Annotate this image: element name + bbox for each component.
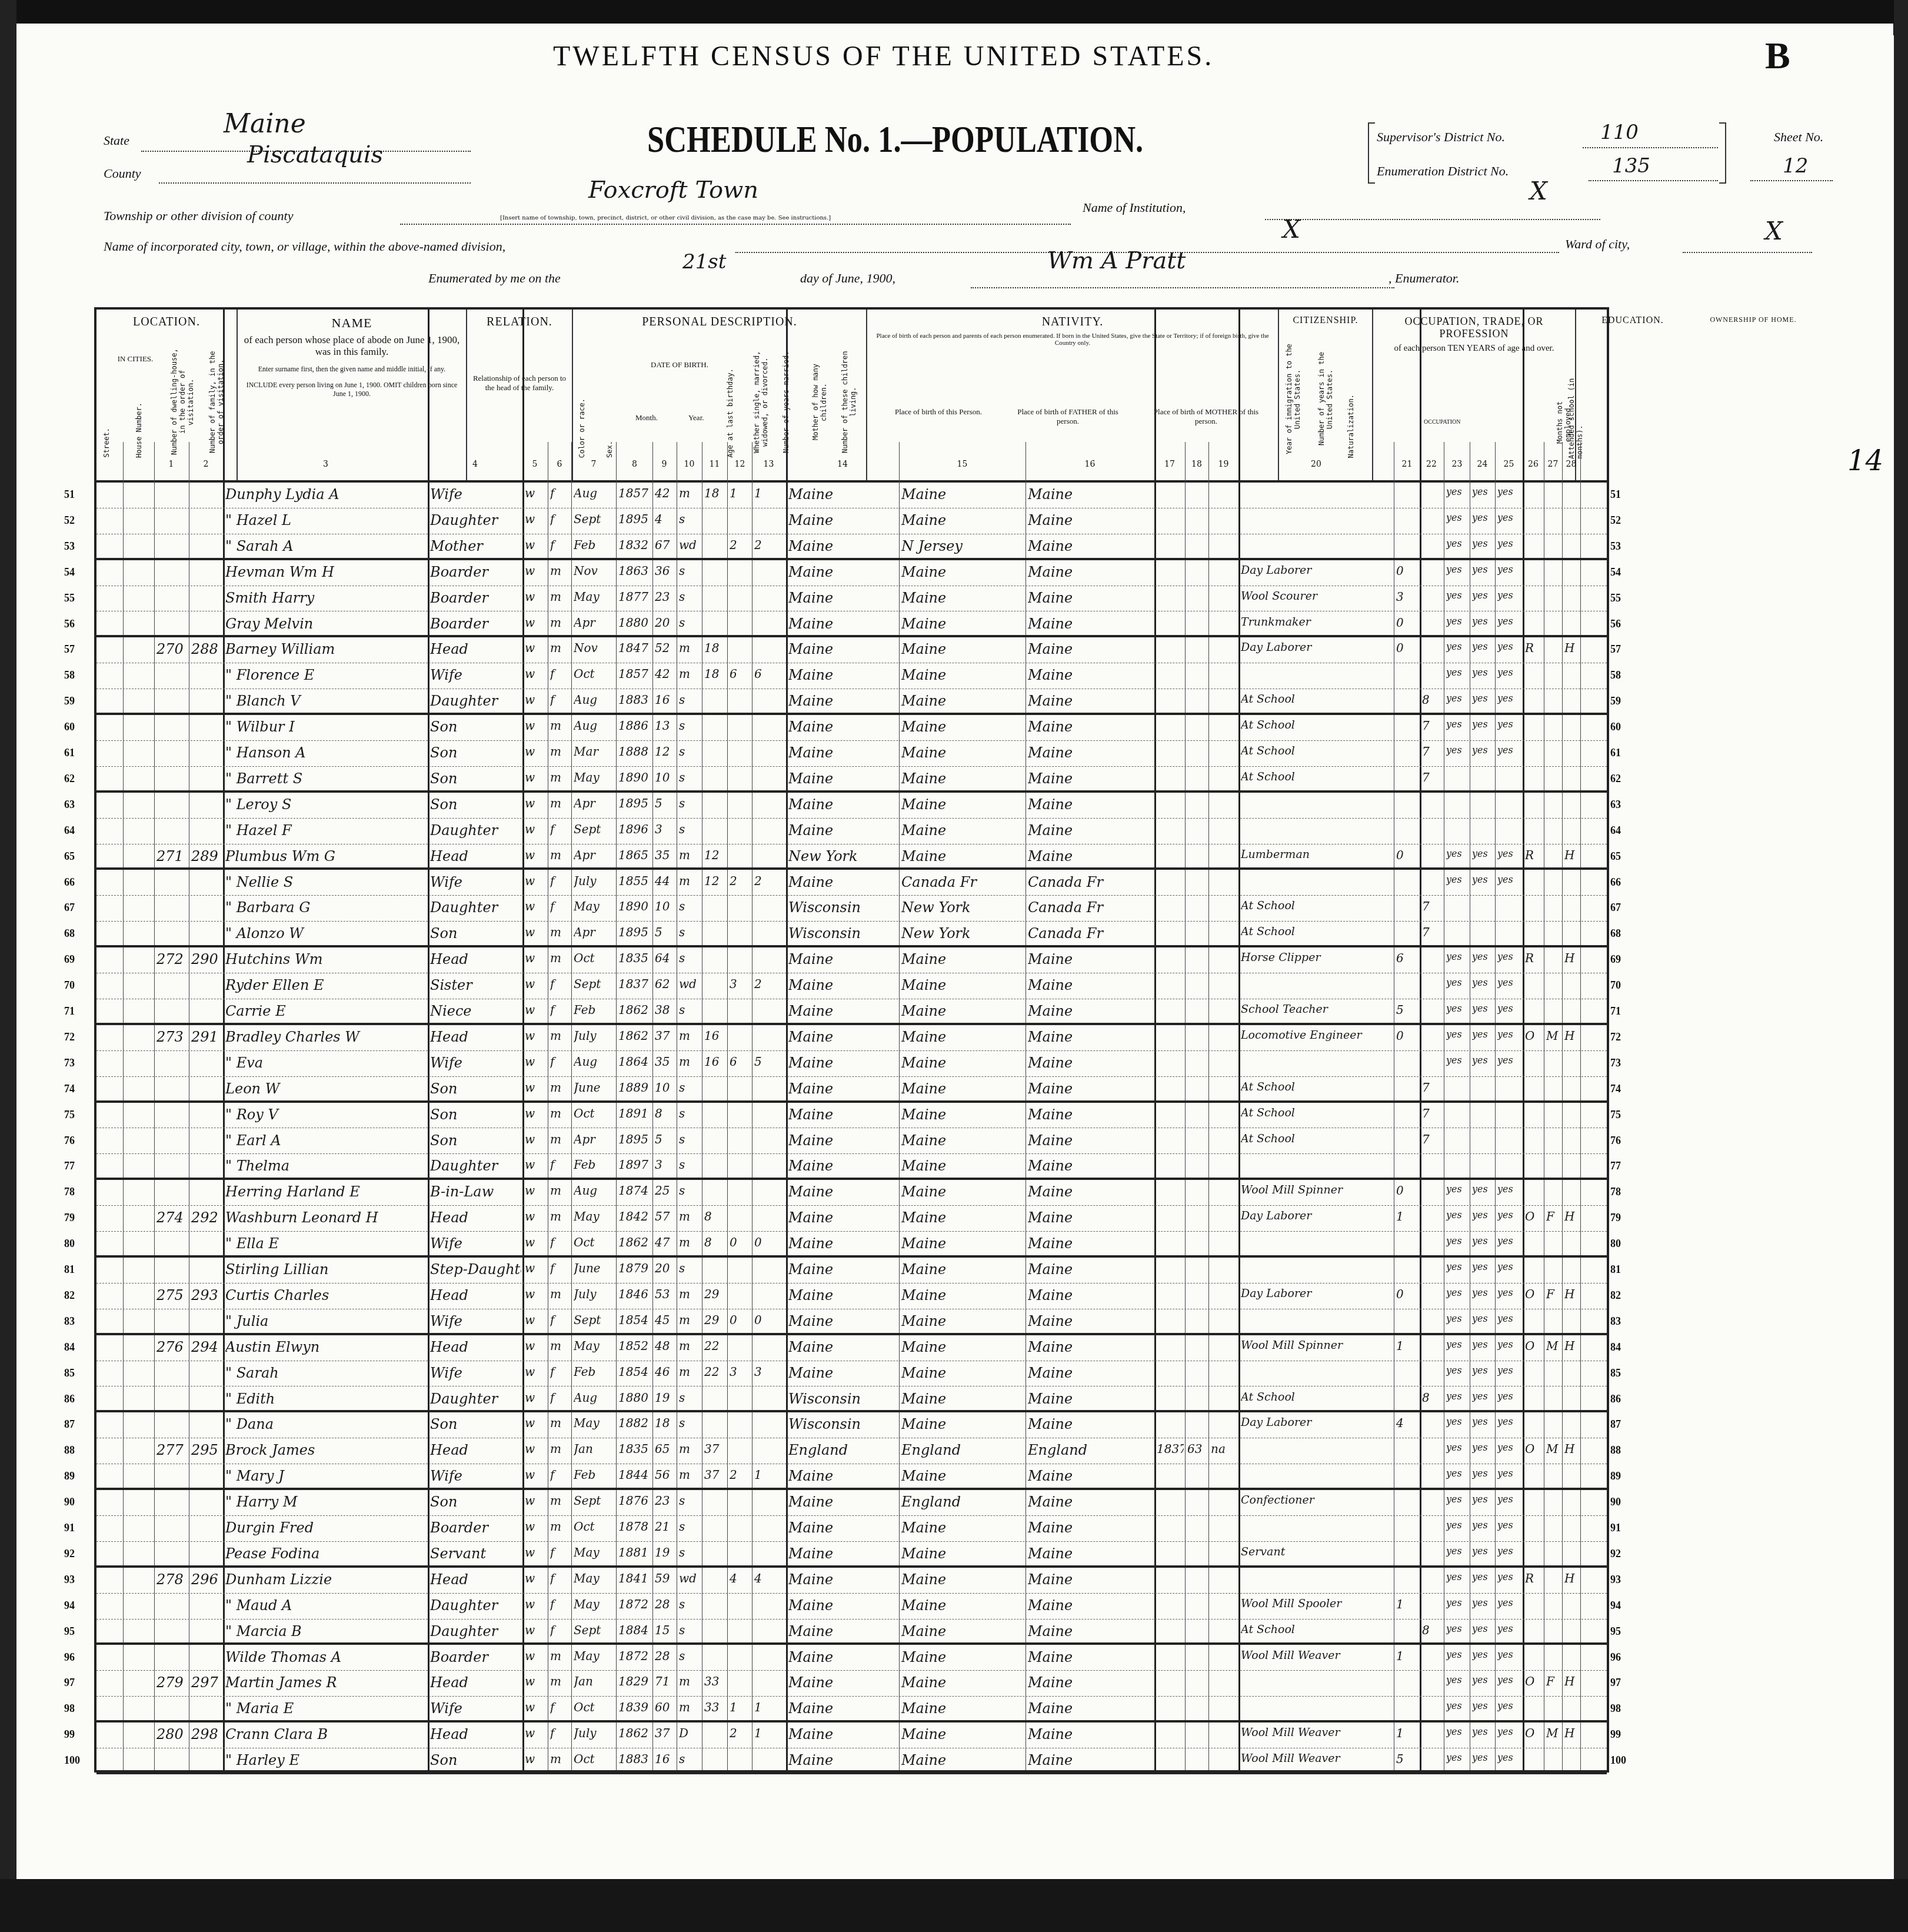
cell-age: 37 — [655, 1726, 675, 1740]
header-month: Month. — [632, 410, 661, 426]
line-number-left: 89 — [64, 1470, 75, 1482]
cell-living: 0 — [754, 1313, 784, 1327]
cell-color: w — [525, 512, 546, 526]
cell-sex: f — [550, 874, 570, 888]
cell-living: 0 — [754, 1235, 784, 1249]
cell-relation: Head — [430, 1442, 521, 1458]
line-number-right: 66 — [1610, 876, 1621, 889]
enumerator-underline — [971, 287, 1394, 288]
cell-month: Sept — [574, 1494, 615, 1508]
line-number-left: 74 — [64, 1083, 75, 1095]
cell-bp: Wisconsin — [788, 1391, 898, 1407]
column-number: 2 — [189, 460, 223, 469]
cell-read: yes — [1446, 693, 1469, 704]
cell-bf: Maine — [901, 848, 1024, 864]
cell-occ: At School — [1241, 744, 1393, 757]
cell-age: 13 — [655, 719, 675, 733]
cell-name: Hevman Wm H — [225, 564, 427, 580]
cell-month: Apr — [574, 1132, 615, 1146]
column-number: 25 — [1495, 460, 1523, 469]
cell-read: yes — [1446, 1055, 1469, 1066]
cell-marital: m — [679, 1235, 701, 1249]
cell-bf: New York — [901, 899, 1024, 916]
cell-color: w — [525, 1261, 546, 1275]
table-row: 277295Brock JamesHeadwmJan183565m37Engla… — [96, 1438, 1607, 1464]
cell-write: yes — [1472, 1623, 1494, 1634]
cell-age: 28 — [655, 1597, 675, 1611]
line-number-right: 84 — [1610, 1341, 1621, 1354]
ward-value: X — [1765, 217, 1783, 245]
cell-mother: 6 — [730, 1055, 751, 1069]
header-relation-desc: Relationship of each person to the head … — [467, 370, 572, 396]
cell-living: 1 — [754, 1468, 784, 1482]
cell-read: yes — [1446, 1571, 1469, 1582]
cell-bf: Maine — [901, 1106, 1024, 1123]
cell-age: 10 — [655, 770, 675, 784]
cell-marital: s — [679, 1080, 701, 1095]
line-number-right: 53 — [1610, 540, 1621, 553]
cell-speak: yes — [1497, 1416, 1521, 1427]
cell-relation: Wife — [430, 1700, 521, 1717]
cell-speak: yes — [1497, 641, 1521, 652]
cell-age: 65 — [655, 1442, 675, 1456]
cell-bp: Wisconsin — [788, 1416, 898, 1432]
cell-color: w — [525, 1106, 546, 1120]
line-number-right: 96 — [1610, 1651, 1621, 1664]
header-name-title: NAME — [238, 310, 466, 331]
line-number-left: 98 — [64, 1702, 75, 1715]
cell-living: 6 — [754, 667, 784, 681]
cell-bf: Maine — [901, 590, 1024, 606]
cell-sch: 7 — [1422, 1106, 1442, 1120]
cell-bp: Maine — [788, 1597, 898, 1614]
line-number-left: 81 — [64, 1263, 75, 1276]
cell-dwelling: 273 — [156, 1029, 187, 1045]
cell-age: 60 — [655, 1700, 675, 1714]
cell-ym: 8 — [704, 1209, 726, 1223]
cell-marital: m — [679, 1029, 701, 1043]
cell-living: 1 — [754, 486, 784, 500]
line-number-right: 93 — [1610, 1574, 1621, 1586]
cell-year: 1844 — [618, 1468, 652, 1482]
cell-bm: Maine — [1028, 1623, 1153, 1640]
cell-sex: m — [550, 1494, 570, 1508]
cell-relation: Son — [430, 744, 521, 761]
cell-month: Feb — [574, 1468, 615, 1482]
cell-write: yes — [1472, 1752, 1494, 1763]
cell-name: " Thelma — [225, 1158, 427, 1174]
cell-write: yes — [1472, 693, 1494, 704]
cell-year: 1874 — [618, 1183, 652, 1198]
cell-marital: s — [679, 1391, 701, 1405]
line-number-right: 60 — [1610, 721, 1621, 733]
cell-mu: 5 — [1396, 1003, 1419, 1017]
cell-color: w — [525, 1752, 546, 1766]
header-personal-description: PERSONAL DESCRIPTION. Color or race. Sex… — [573, 310, 867, 480]
cell-color: w — [525, 1080, 546, 1095]
cell-age: 19 — [655, 1391, 675, 1405]
cell-marital: s — [679, 1494, 701, 1508]
cell-sex: f — [550, 1545, 570, 1559]
header-street: Street. — [102, 428, 111, 458]
county-label: County — [104, 166, 141, 181]
cell-speak: yes — [1497, 1545, 1521, 1557]
line-number-left: 90 — [64, 1496, 75, 1508]
cell-bf: Maine — [901, 1183, 1024, 1200]
cell-family: 296 — [191, 1571, 222, 1588]
cell-age: 20 — [655, 1261, 675, 1275]
cell-bm: Maine — [1028, 1235, 1153, 1252]
line-number-right: 71 — [1610, 1005, 1621, 1017]
cell-name: Barney William — [225, 641, 427, 657]
cell-year: 1886 — [618, 719, 652, 733]
cell-bp: Maine — [788, 1519, 898, 1536]
column-number: 15 — [899, 460, 1025, 469]
cell-dwelling: 274 — [156, 1209, 187, 1226]
cell-ym: 18 — [704, 641, 726, 655]
line-number-right: 100 — [1610, 1754, 1626, 1767]
cell-marital: s — [679, 1597, 701, 1611]
cell-marital: wd — [679, 977, 701, 991]
cell-read: yes — [1446, 1442, 1469, 1453]
cell-age: 3 — [655, 1158, 675, 1172]
cell-mu: 0 — [1396, 848, 1419, 862]
column-number: 4 — [428, 460, 522, 469]
cell-bm: Canada Fr — [1028, 899, 1153, 916]
cell-speak: yes — [1497, 1494, 1521, 1505]
line-number-left: 97 — [64, 1677, 75, 1689]
cell-occ: Day Laborer — [1241, 1416, 1393, 1429]
cell-age: 5 — [655, 1132, 675, 1146]
column-number: 16 — [1025, 460, 1154, 469]
cell-mother: 1 — [730, 486, 751, 500]
cell-living: 5 — [754, 1055, 784, 1069]
cell-relation: Daughter — [430, 899, 521, 916]
cell-bm: Canada Fr — [1028, 925, 1153, 942]
line-number-left: 61 — [64, 747, 75, 759]
cell-read: yes — [1446, 1700, 1469, 1711]
cell-dwelling: 271 — [156, 848, 187, 864]
table-row: 271289Plumbus Wm GHeadwmApr186535m12New … — [96, 844, 1607, 870]
cell-bm: Maine — [1028, 538, 1153, 554]
cell-color: w — [525, 538, 546, 552]
cell-dwelling: 272 — [156, 951, 187, 967]
cell-name: " Leroy S — [225, 796, 427, 813]
cell-write: yes — [1472, 667, 1494, 678]
cell-color: w — [525, 874, 546, 888]
cell-sex: m — [550, 951, 570, 965]
cell-write: yes — [1472, 874, 1494, 885]
cell-occ: Wool Scourer — [1241, 590, 1393, 603]
cell-name: " Hazel L — [225, 512, 427, 528]
cell-year: 1879 — [618, 1261, 652, 1275]
cell-speak: yes — [1497, 1571, 1521, 1582]
table-row: " Hazel LDaughterwfSept18954sMaineMaineM… — [96, 508, 1607, 534]
cell-month: May — [574, 1571, 615, 1585]
cell-marital: s — [679, 1649, 701, 1663]
cell-marital: s — [679, 1158, 701, 1172]
line-number-right: 76 — [1610, 1135, 1621, 1147]
cell-name: " Hazel F — [225, 822, 427, 839]
cell-bp: Maine — [788, 744, 898, 761]
supervisor-label: Supervisor's District No. — [1377, 129, 1505, 145]
cell-bp: Maine — [788, 1752, 898, 1768]
cell-year: 1852 — [618, 1339, 652, 1353]
form-number: 7-224 — [944, 5, 978, 17]
line-number-right: 88 — [1610, 1444, 1621, 1457]
cell-bm: Maine — [1028, 1080, 1153, 1097]
cell-sex: f — [550, 1261, 570, 1275]
cell-age: 44 — [655, 874, 675, 888]
cell-bp: Maine — [788, 1571, 898, 1588]
cell-marital: m — [679, 641, 701, 655]
line-number-left: 100 — [64, 1754, 80, 1767]
cell-relation: B-in-Law — [430, 1183, 521, 1200]
table-row: 278296Dunham LizzieHeadwfMay184159wd44Ma… — [96, 1568, 1607, 1594]
cell-bm: England — [1028, 1442, 1153, 1458]
cell-bp: Maine — [788, 822, 898, 839]
cell-name: Stirling Lillian — [225, 1261, 427, 1278]
cell-age: 10 — [655, 899, 675, 913]
cell-month: Apr — [574, 796, 615, 810]
population-table: LOCATION. IN CITIES. Street. House Numbe… — [94, 307, 1609, 1773]
cell-color: w — [525, 1235, 546, 1249]
cell-own: R — [1525, 1571, 1543, 1585]
header-nativity-desc: Place of birth of each person and parent… — [867, 329, 1278, 350]
cell-own: O — [1525, 1726, 1543, 1740]
cell-marital: s — [679, 1106, 701, 1120]
cell-write: yes — [1472, 1391, 1494, 1402]
cell-name: Gray Melvin — [225, 616, 427, 632]
header-house-number: House Number. — [135, 403, 143, 458]
cell-sch: 7 — [1422, 770, 1442, 784]
header-marital: Whether single, married, widowed, or div… — [752, 346, 769, 458]
cell-occ: At School — [1241, 925, 1393, 938]
cell-relation: Boarder — [430, 564, 521, 580]
header-birth-father: Place of birth of FATHER of this person. — [1008, 404, 1127, 430]
header-years-us: Number of years in the United States. — [1317, 340, 1334, 458]
cell-age: 16 — [655, 1752, 675, 1766]
cell-occ: Locomotive Engineer — [1241, 1029, 1393, 1042]
township-note: [Insert name of township, town, precinct… — [500, 215, 831, 221]
cell-write: yes — [1472, 1726, 1494, 1737]
cell-bf: Maine — [901, 1597, 1024, 1614]
cell-living: 3 — [754, 1365, 784, 1379]
cell-read: yes — [1446, 1597, 1469, 1608]
cell-marital: s — [679, 1519, 701, 1534]
cell-read: yes — [1446, 1519, 1469, 1531]
cell-year: 1883 — [618, 1752, 652, 1766]
cell-color: w — [525, 951, 546, 965]
cell-year: 1857 — [618, 667, 652, 681]
table-row: " EdithDaughterwfAug188019sWisconsinMain… — [96, 1387, 1607, 1413]
table-row: " Barrett SSonwmMay189010sMaineMaineMain… — [96, 767, 1607, 793]
cell-bp: Maine — [788, 1029, 898, 1045]
cell-bp: Maine — [788, 719, 898, 735]
cell-age: 23 — [655, 590, 675, 604]
line-number-left: 83 — [64, 1315, 75, 1328]
cell-ym: 29 — [704, 1313, 726, 1327]
cell-relation: Daughter — [430, 1158, 521, 1174]
cell-ym: 33 — [704, 1700, 726, 1714]
cell-name: " Marcia B — [225, 1623, 427, 1640]
column-number: 9 — [652, 460, 676, 469]
cell-year: 1835 — [618, 1442, 652, 1456]
cell-bf: Maine — [901, 951, 1024, 967]
institution-underline — [1265, 219, 1600, 220]
cell-sex: f — [550, 822, 570, 836]
cell-sex: f — [550, 1391, 570, 1405]
cell-bm: Maine — [1028, 1726, 1153, 1743]
header-ownership-title: OWNERSHIP OF HOME. — [1694, 310, 1812, 324]
cell-sex: f — [550, 486, 570, 500]
cell-month: Oct — [574, 1235, 615, 1249]
cell-bm: Maine — [1028, 1494, 1153, 1510]
cell-occ: Wool Mill Spooler — [1241, 1597, 1393, 1610]
cell-occ: Horse Clipper — [1241, 951, 1393, 964]
cell-write: yes — [1472, 1442, 1494, 1453]
cell-mu: 1 — [1396, 1597, 1419, 1611]
header-ownership: OWNERSHIP OF HOME. — [1694, 310, 1812, 480]
cell-bp: Maine — [788, 1235, 898, 1252]
cell-bm: Maine — [1028, 1132, 1153, 1149]
table-row: Leon WSonwmJune188910sMaineMaineMaineAt … — [96, 1077, 1607, 1103]
cell-sex: m — [550, 1752, 570, 1766]
cell-marital: s — [679, 616, 701, 630]
cell-bp: Maine — [788, 1158, 898, 1174]
cell-bf: Maine — [901, 1545, 1024, 1562]
cell-month: Oct — [574, 1106, 615, 1120]
cell-name: " Earl A — [225, 1132, 427, 1149]
cell-occ: At School — [1241, 899, 1393, 912]
cell-month: Oct — [574, 667, 615, 681]
header-occupation: OCCUPATION, TRADE, OR PROFESSION of each… — [1373, 310, 1576, 480]
cell-read: yes — [1446, 667, 1469, 678]
table-row: Stirling LillianStep-DaughterwfJune18792… — [96, 1258, 1607, 1283]
cell-name: " Maria E — [225, 1700, 427, 1717]
cell-relation: Daughter — [430, 1623, 521, 1640]
cell-color: w — [525, 1442, 546, 1456]
line-number-right: 64 — [1610, 824, 1621, 837]
cell-month: Oct — [574, 1519, 615, 1534]
cell-read: yes — [1446, 538, 1469, 549]
cell-age: 42 — [655, 667, 675, 681]
line-number-right: 65 — [1610, 850, 1621, 863]
city-value: X — [1283, 215, 1300, 244]
cell-ym: 16 — [704, 1055, 726, 1069]
cell-bm: Maine — [1028, 1571, 1153, 1588]
cell-name: Plumbus Wm G — [225, 848, 427, 864]
cell-age: 23 — [655, 1494, 675, 1508]
line-number-left: 71 — [64, 1005, 75, 1017]
cell-bp: Maine — [788, 1649, 898, 1665]
table-row: Gray MelvinBoarderwmApr188020sMaineMaine… — [96, 612, 1607, 638]
cell-ym: 33 — [704, 1674, 726, 1688]
cell-relation: Wife — [430, 1313, 521, 1329]
header-children-living: Number of these children living. — [841, 346, 857, 458]
cell-month: Feb — [574, 538, 615, 552]
cell-color: w — [525, 1649, 546, 1663]
cell-name: " Sarah — [225, 1365, 427, 1381]
cell-write: yes — [1472, 1494, 1494, 1505]
cell-read: yes — [1446, 719, 1469, 730]
cell-year: 1888 — [618, 744, 652, 759]
cell-relation: Head — [430, 1029, 521, 1045]
county-underline — [159, 182, 471, 184]
cell-age: 53 — [655, 1287, 675, 1301]
cell-sex: m — [550, 848, 570, 862]
line-number-right: 78 — [1610, 1186, 1621, 1198]
cell-sch: 7 — [1422, 899, 1442, 913]
cell-bp: Maine — [788, 1726, 898, 1743]
table-row: " Earl ASonwmApr18955sMaineMaineMaineAt … — [96, 1129, 1607, 1155]
cell-color: w — [525, 590, 546, 604]
cell-bp: Maine — [788, 1106, 898, 1123]
cell-bf: Maine — [901, 1674, 1024, 1691]
cell-color: w — [525, 486, 546, 500]
cell-relation: Step-Daughter — [430, 1261, 521, 1278]
table-row: 279297Martin James RHeadwmJan182971m33Ma… — [96, 1671, 1607, 1697]
scan-border-right — [1894, 0, 1908, 1932]
cell-read: yes — [1446, 512, 1469, 523]
cell-name: " Barbara G — [225, 899, 427, 916]
cell-occ: At School — [1241, 1623, 1393, 1636]
cell-living: 2 — [754, 874, 784, 888]
cell-dwelling: 276 — [156, 1339, 187, 1355]
cell-color: w — [525, 641, 546, 655]
cell-fm: M — [1546, 1442, 1561, 1456]
cell-speak: yes — [1497, 538, 1521, 549]
cell-year: 1881 — [618, 1545, 652, 1559]
cell-mu: 5 — [1396, 1752, 1419, 1766]
cell-marital: s — [679, 951, 701, 965]
cell-bf: Maine — [901, 1235, 1024, 1252]
line-number-right: 80 — [1610, 1238, 1621, 1250]
cell-write: yes — [1472, 1571, 1494, 1582]
cell-read: yes — [1446, 1183, 1469, 1195]
cell-name: Curtis Charles — [225, 1287, 427, 1303]
line-number-right: 70 — [1610, 979, 1621, 992]
table-row: " Nellie SWifewfJuly185544m1222MaineCana… — [96, 870, 1607, 896]
line-number-right: 89 — [1610, 1470, 1621, 1482]
cell-own: O — [1525, 1209, 1543, 1223]
cell-sex: f — [550, 1055, 570, 1069]
cell-color: w — [525, 1519, 546, 1534]
cell-color: w — [525, 667, 546, 681]
cell-bm: Maine — [1028, 1416, 1153, 1432]
table-row: Smith HarryBoarderwmMay187723sMaineMaine… — [96, 586, 1607, 612]
cell-year: 1895 — [618, 512, 652, 526]
cell-year: 1837 — [618, 977, 652, 991]
line-number-right: 97 — [1610, 1677, 1621, 1689]
cell-fm: F — [1546, 1674, 1561, 1688]
cell-month: May — [574, 770, 615, 784]
cell-fh: H — [1564, 1674, 1579, 1688]
table-row: 275293Curtis CharlesHeadwmJuly184653m29M… — [96, 1283, 1607, 1309]
supervisor-underline — [1583, 147, 1718, 148]
line-number-right: 52 — [1610, 514, 1621, 527]
line-number-right: 63 — [1610, 799, 1621, 811]
cell-marital: s — [679, 1416, 701, 1430]
cell-bp: Maine — [788, 1183, 898, 1200]
line-number-right: 58 — [1610, 669, 1621, 681]
cell-bp: Maine — [788, 1080, 898, 1097]
cell-bm: Maine — [1028, 1261, 1153, 1278]
cell-age: 47 — [655, 1235, 675, 1249]
cell-bp: Maine — [788, 538, 898, 554]
line-number-left: 99 — [64, 1728, 75, 1741]
cell-color: w — [525, 1674, 546, 1688]
